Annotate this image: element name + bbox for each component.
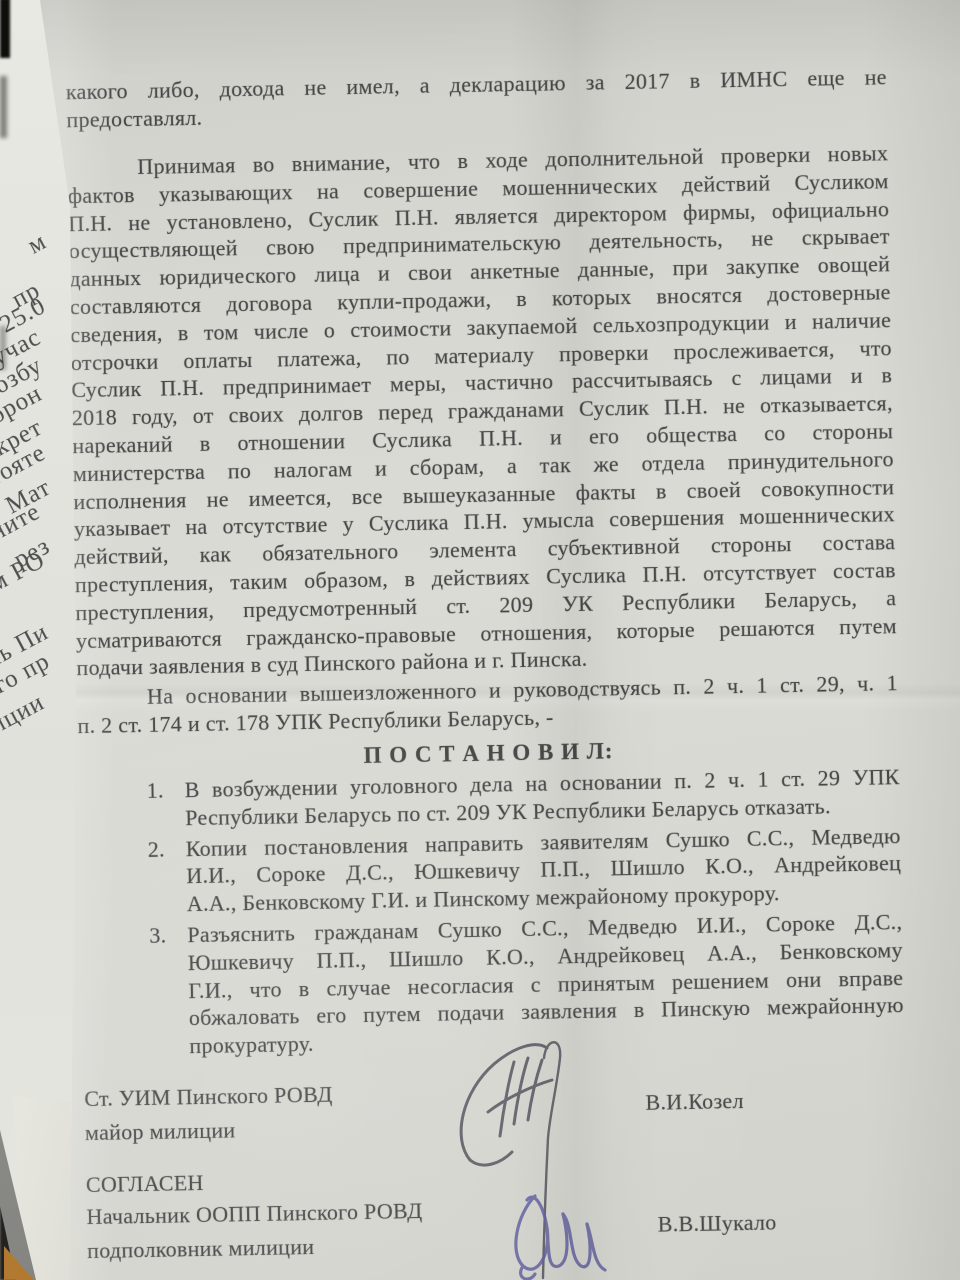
paragraph-findings: Принимая во внимание, что в ходе дополни… [67, 139, 898, 682]
signature-ink-officer2 [505, 1180, 620, 1280]
resolution-list: 1. В возбуждении уголовного дела на осно… [78, 763, 904, 1065]
photo-edge-dark [0, 76, 7, 138]
officer2-title: Начальник ООПП Пинского РОВД [86, 1198, 422, 1230]
document-photo: м пр 25.0 учас озбу орон крет тояте Мат … [0, 0, 960, 1280]
item-number: 3. [149, 922, 167, 950]
photo-edge-dark [0, 326, 6, 370]
officer1-rank: майор милиции [85, 1117, 236, 1146]
officer2-name: В.В.Шукало [658, 1209, 777, 1237]
paragraph-continuation: какого либо, дохода не имел, а деклараци… [66, 63, 888, 134]
approval-label: СОГЛАСЕН [86, 1170, 204, 1198]
underpage-text-fragment: м [23, 228, 51, 261]
item-number: 2. [148, 835, 166, 863]
officer2-rank: подполковник милиции [87, 1234, 315, 1264]
officer1-title: Ст. УИМ Пинского РОВД [84, 1082, 333, 1113]
officer1-name: В.И.Козел [645, 1088, 744, 1116]
item-number: 1. [146, 777, 164, 805]
document-page: какого либо, дохода не имел, а деклараци… [0, 0, 960, 1280]
photo-edge-dark [0, 0, 10, 58]
resolution-item: 2. Копии постановления направить заявите… [80, 822, 902, 920]
